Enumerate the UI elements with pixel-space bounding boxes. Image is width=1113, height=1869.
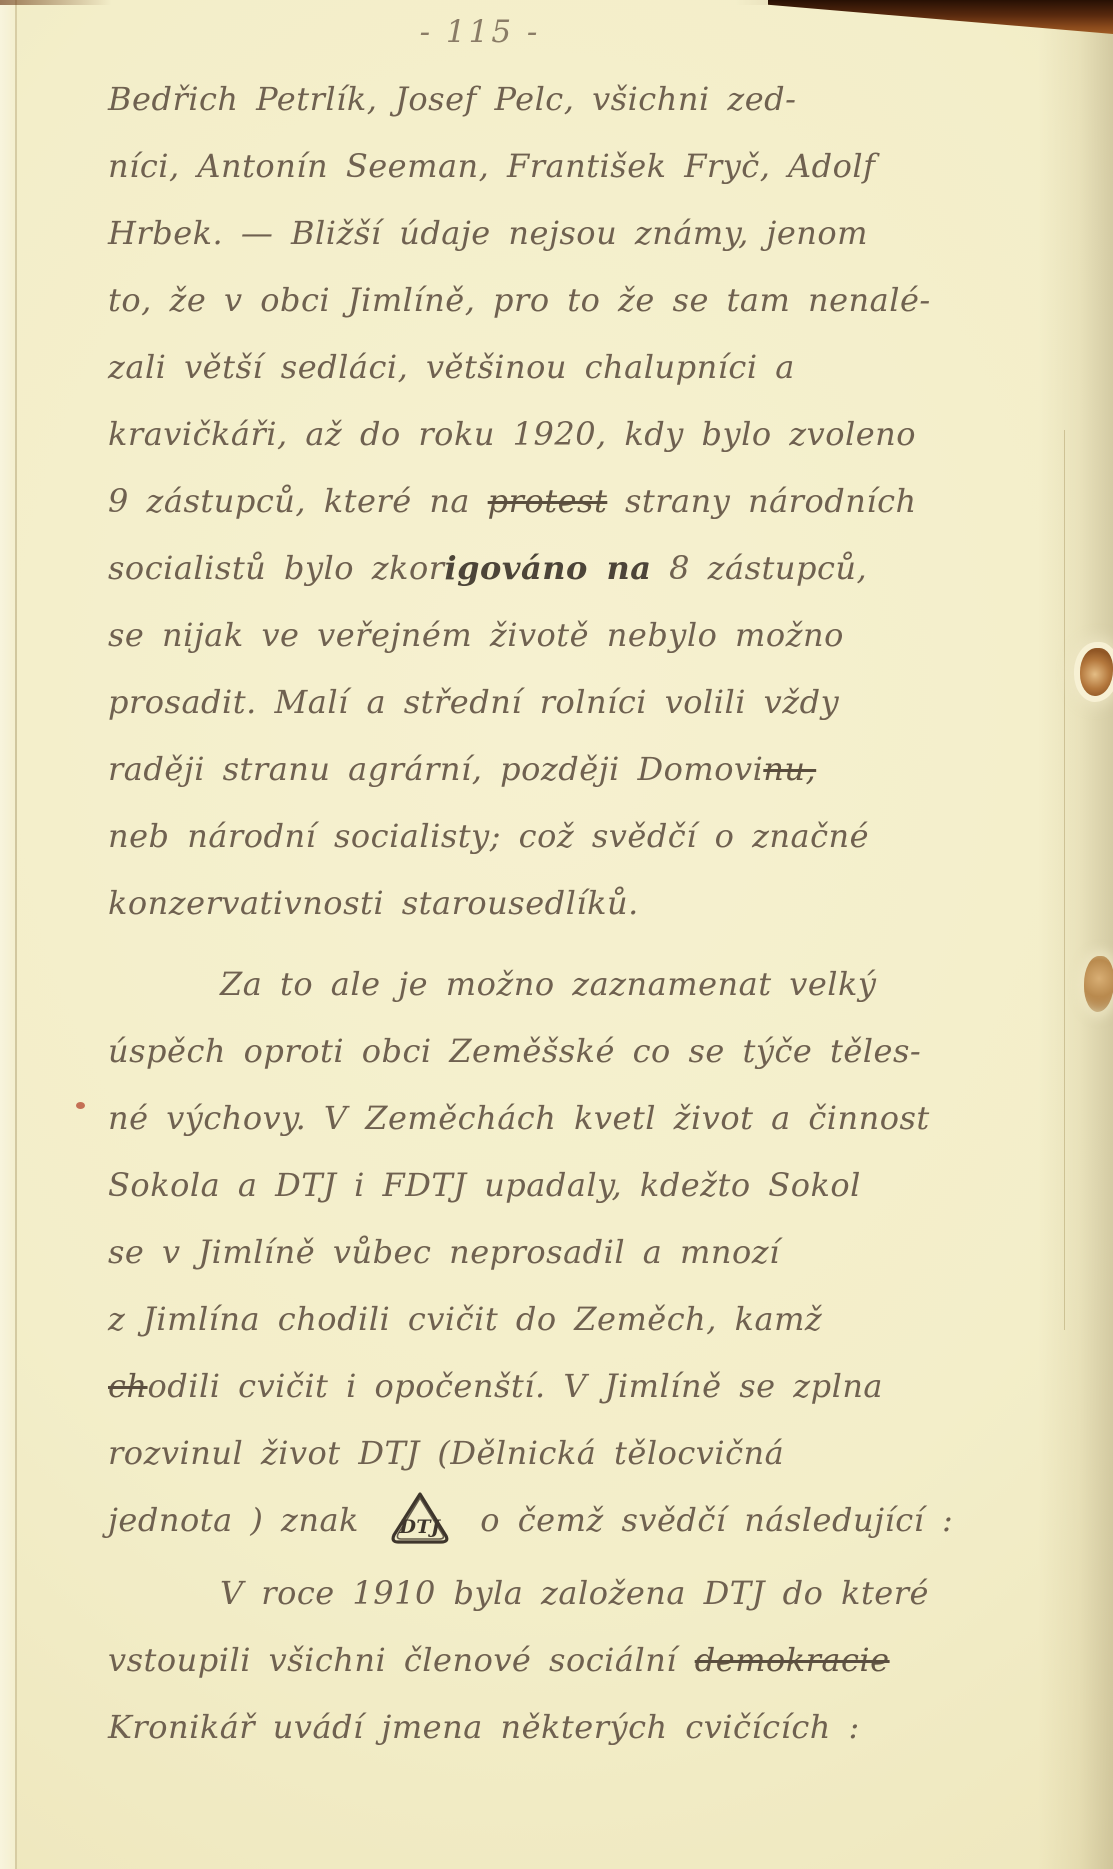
red-ink-dot <box>76 1102 85 1109</box>
handwritten-line: Hrbek. — Bližší údaje nejsou známy, jeno… <box>108 200 1058 267</box>
handwritten-line: né výchovy. V Zeměchách kvetl život a či… <box>108 1085 1058 1152</box>
handwritten-line: se nijak ve veřejném životě nebylo možno <box>108 602 1058 669</box>
handwritten-line: to, že v obci Jimlíně, pro to že se tam … <box>108 267 1058 334</box>
page-left-strip <box>0 0 15 1869</box>
handwriting-block: Bedřich Petrlík, Josef Pelc, všichni zed… <box>108 66 1058 1761</box>
handwritten-line: se v Jimlíně vůbec neprosadil a mnozí <box>108 1219 1058 1286</box>
handwritten-line: rozvinul život DTJ (Dělnická tělocvičná <box>108 1420 1058 1487</box>
overwritten-word: igováno na <box>445 549 652 587</box>
struck-word: demokracie <box>695 1641 890 1679</box>
handwritten-line: raději stranu agrární, později Domovinu, <box>108 736 1058 803</box>
struck-word: protest <box>488 482 608 520</box>
handwritten-line: vstoupili všichni členové sociální demok… <box>108 1627 1058 1694</box>
svg-text:DTJ: DTJ <box>398 1516 442 1538</box>
handwritten-line: úspěch oproti obci Zeměšské co se týče t… <box>108 1018 1058 1085</box>
handwritten-line: neb národní socialisty; což svědčí o zna… <box>108 803 1058 870</box>
page-left-crease <box>15 0 17 1869</box>
handwritten-line: socialistů bylo zkorigováno na 8 zástupc… <box>108 535 1058 602</box>
handwritten-line: V roce 1910 byla založena DTJ do které <box>108 1560 1058 1627</box>
handwritten-line: jednota ) znak DTJ o čemž svědčí následu… <box>108 1487 1058 1554</box>
page-right-crease <box>1064 430 1065 1330</box>
page-number: - 115 - <box>0 14 960 50</box>
binding-residue-spot <box>1084 956 1113 1012</box>
handwritten-line: Bedřich Petrlík, Josef Pelc, všichni zed… <box>108 66 1058 133</box>
handwritten-line: 9 zástupců, které na protest strany náro… <box>108 468 1058 535</box>
handwritten-line: konzervativnosti starousedlíků. <box>108 870 1058 937</box>
handwritten-line: Za to ale je možno zaznamenat velký <box>108 951 1058 1018</box>
manuscript-photo: - 115 - Bedřich Petrlík, Josef Pelc, vši… <box>0 0 1113 1869</box>
handwritten-line: Sokola a DTJ i FDTJ upadaly, kdežto Soko… <box>108 1152 1058 1219</box>
handwritten-line: z Jimlína chodili cvičit do Zeměch, kamž <box>108 1286 1058 1353</box>
handwritten-line: zali větší sedláci, většinou chalupníci … <box>108 334 1058 401</box>
dtj-triangle-emblem: DTJ <box>387 1491 453 1547</box>
struck-word: ch <box>108 1367 148 1405</box>
struck-word: nu, <box>763 750 816 788</box>
handwritten-line: prosadit. Malí a střední rolníci volili … <box>108 669 1058 736</box>
handwritten-line: chodili cvičit i opočenští. V Jimlíně se… <box>108 1353 1058 1420</box>
handwritten-line: níci, Antonín Seeman, František Fryč, Ad… <box>108 133 1058 200</box>
handwritten-line: Kronikář uvádí jmena některých cvičících… <box>108 1694 1058 1761</box>
handwritten-line: kravičkáři, až do roku 1920, kdy bylo zv… <box>108 401 1058 468</box>
